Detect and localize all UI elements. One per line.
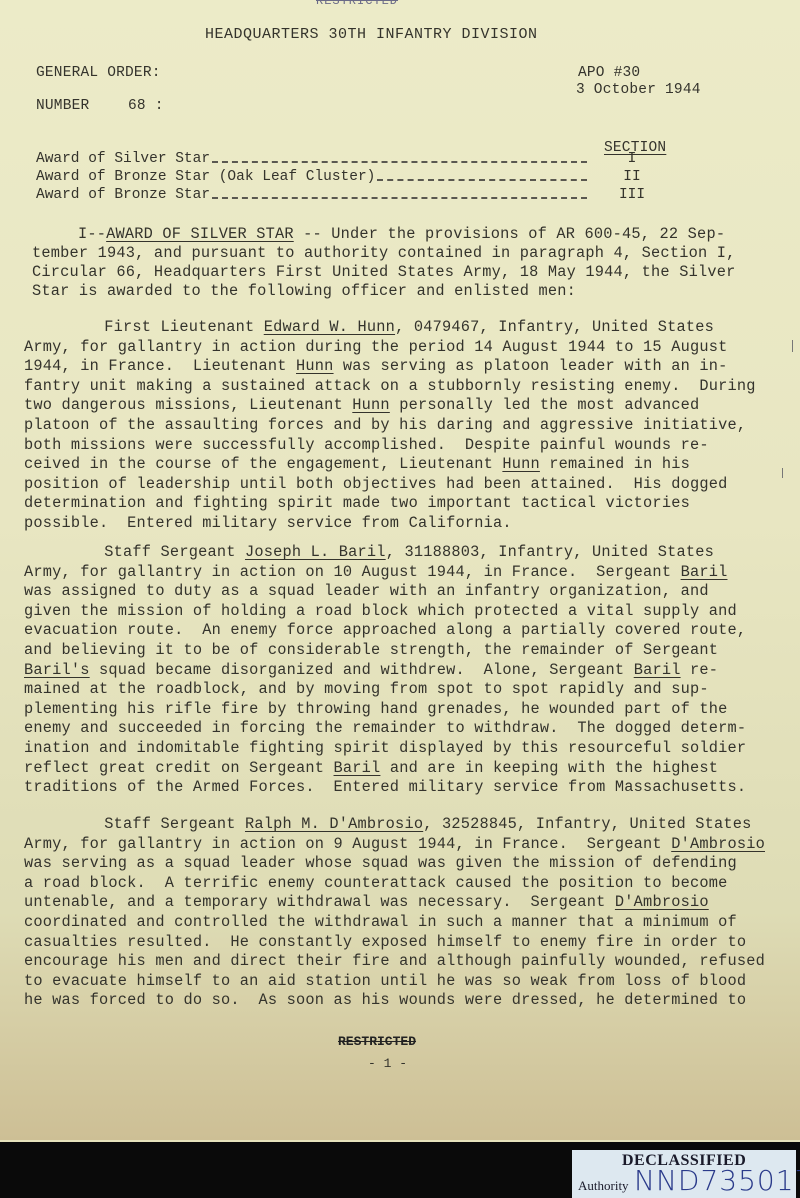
text-span: Star is awarded to the following officer… bbox=[32, 282, 576, 300]
text-span: and believing it to be of considerable s… bbox=[24, 641, 718, 659]
text-span: , 0479467, Infantry, United States bbox=[395, 318, 714, 336]
toc-leader-dashes bbox=[377, 179, 587, 181]
text-line: evacuation route. An enemy force approac… bbox=[24, 621, 746, 640]
number-label: NUMBER bbox=[36, 97, 89, 116]
text-span: Army, for gallantry in action on 10 Augu… bbox=[24, 563, 681, 581]
underlined-name: Joseph L. Baril bbox=[245, 543, 386, 561]
text-line: Army, for gallantry in action on 10 Augu… bbox=[24, 563, 727, 582]
toc-item: Award of Bronze Star (Oak Leaf Cluster) bbox=[36, 169, 375, 185]
text-line: a road block. A terrific enemy counterat… bbox=[24, 874, 727, 893]
text-line: position of leadership until both object… bbox=[24, 475, 727, 494]
text-line: untenable, and a temporary withdrawal wa… bbox=[24, 893, 709, 912]
text-line: Staff Sergeant Joseph L. Baril, 31188803… bbox=[48, 543, 714, 562]
text-line: Star is awarded to the following officer… bbox=[32, 282, 576, 301]
toc-item-section: II bbox=[612, 169, 652, 185]
text-span: remained in his bbox=[540, 455, 690, 473]
margin-mark bbox=[792, 340, 793, 352]
text-span: possible. Entered military service from … bbox=[24, 514, 512, 532]
text-line: casualties resulted. He constantly expos… bbox=[24, 933, 746, 952]
text-line: possible. Entered military service from … bbox=[24, 514, 512, 533]
text-line: he was forced to do so. As soon as his w… bbox=[24, 991, 746, 1010]
text-span: both missions were successfully accompli… bbox=[24, 436, 709, 454]
text-span: First Lieutenant bbox=[48, 318, 264, 336]
text-span: squad became disorganized and withdrew. … bbox=[90, 661, 634, 679]
text-span: ination and indomitable fighting spirit … bbox=[24, 739, 746, 757]
toc-item-section: I bbox=[612, 151, 652, 167]
text-span: Staff Sergeant bbox=[48, 815, 245, 833]
text-line: was assigned to duty as a squad leader w… bbox=[24, 582, 709, 601]
text-span: re- bbox=[681, 661, 719, 679]
underlined-name: Hunn bbox=[296, 357, 334, 375]
text-span: encourage his men and direct their fire … bbox=[24, 952, 765, 970]
text-span: mained at the roadblock, and by moving f… bbox=[24, 680, 709, 698]
text-span: Staff Sergeant bbox=[48, 543, 245, 561]
text-line: two dangerous missions, Lieutenant Hunn … bbox=[24, 396, 699, 415]
text-span: casualties resulted. He constantly expos… bbox=[24, 933, 746, 951]
text-line: platoon of the assaulting forces and by … bbox=[24, 416, 746, 435]
text-line: to evacuate himself to an aid station un… bbox=[24, 972, 746, 991]
text-span: given the mission of holding a road bloc… bbox=[24, 602, 737, 620]
restricted-stamp-footer: RESTRICTED bbox=[338, 1034, 416, 1049]
underlined-name: Edward W. Hunn bbox=[264, 318, 395, 336]
authority-code: NND735017 bbox=[634, 1164, 800, 1197]
authority-label: Authority bbox=[578, 1178, 629, 1194]
text-span: he was forced to do so. As soon as his w… bbox=[24, 991, 746, 1009]
text-line: tember 1943, and pursuant to authority c… bbox=[32, 244, 735, 263]
text-line: was serving as a squad leader whose squa… bbox=[24, 854, 737, 873]
text-line: 1944, in France. Lieutenant Hunn was ser… bbox=[24, 357, 728, 376]
text-span: 1944, in France. Lieutenant bbox=[24, 357, 296, 375]
text-span: untenable, and a temporary withdrawal wa… bbox=[24, 893, 615, 911]
text-span: reflect great credit on Sergeant bbox=[24, 759, 334, 777]
text-line: Army, for gallantry in action on 9 Augus… bbox=[24, 835, 765, 854]
text-span: Army, for gallantry in action during the… bbox=[24, 338, 727, 356]
text-span: platoon of the assaulting forces and by … bbox=[24, 416, 746, 434]
text-span: coordinated and controlled the withdrawa… bbox=[24, 913, 737, 931]
text-line: encourage his men and direct their fire … bbox=[24, 952, 765, 971]
underlined-name: Hunn bbox=[352, 396, 390, 414]
text-span: Circular 66, Headquarters First United S… bbox=[32, 263, 735, 281]
general-order-label: GENERAL ORDER: bbox=[36, 64, 161, 83]
text-span: and are in keeping with the highest bbox=[380, 759, 718, 777]
text-line: Baril's squad became disorganized and wi… bbox=[24, 661, 718, 680]
underlined-name: D'Ambrosio bbox=[615, 893, 709, 911]
toc-leader-dashes bbox=[212, 161, 587, 163]
text-line: coordinated and controlled the withdrawa… bbox=[24, 913, 737, 932]
page-number: - 1 - bbox=[368, 1056, 407, 1071]
declassified-label: DECLASSIFIED Authority NND735017 bbox=[572, 1150, 796, 1198]
underlined-name: Baril bbox=[681, 563, 728, 581]
text-span: to evacuate himself to an aid station un… bbox=[24, 972, 746, 990]
toc-item-section: III bbox=[612, 187, 652, 203]
underlined-name: D'Ambrosio bbox=[671, 835, 765, 853]
text-span: personally led the most advanced bbox=[390, 396, 700, 414]
number-value: 68 : bbox=[128, 97, 164, 116]
text-span: traditions of the Armed Forces. Entered … bbox=[24, 778, 746, 796]
document-page: RESTRICTED HEADQUARTERS 30TH INFANTRY DI… bbox=[0, 0, 800, 1140]
text-span: was serving as platoon leader with an in… bbox=[334, 357, 728, 375]
text-line: mained at the roadblock, and by moving f… bbox=[24, 680, 709, 699]
underlined-name: Hunn bbox=[502, 455, 540, 473]
text-line: given the mission of holding a road bloc… bbox=[24, 602, 737, 621]
text-span: , 31188803, Infantry, United States bbox=[386, 543, 714, 561]
text-span: -- Under the provisions of AR 600-45, 22… bbox=[294, 225, 725, 243]
underlined-name: Baril bbox=[634, 661, 681, 679]
text-span: plementing his rifle fire by throwing ha… bbox=[24, 700, 727, 718]
text-line: First Lieutenant Edward W. Hunn, 0479467… bbox=[48, 318, 714, 337]
margin-mark bbox=[782, 468, 783, 478]
text-span: two dangerous missions, Lieutenant bbox=[24, 396, 352, 414]
headquarters-heading: HEADQUARTERS 30TH INFANTRY DIVISION bbox=[205, 26, 538, 43]
text-span: ceived in the course of the engagement, … bbox=[24, 455, 502, 473]
toc-item-label: Award of Bronze Star bbox=[36, 187, 210, 203]
text-line: enemy and succeeded in forcing the remai… bbox=[24, 719, 746, 738]
text-span: position of leadership until both object… bbox=[24, 475, 727, 493]
toc-item: Award of Silver Star bbox=[36, 151, 210, 167]
text-line: reflect great credit on Sergeant Baril a… bbox=[24, 759, 718, 778]
text-line: Army, for gallantry in action during the… bbox=[24, 338, 727, 357]
text-span: determination and fighting spirit made t… bbox=[24, 494, 690, 512]
toc-item-label: Award of Silver Star bbox=[36, 151, 210, 167]
text-span: a road block. A terrific enemy counterat… bbox=[24, 874, 727, 892]
text-span: Army, for gallantry in action on 9 Augus… bbox=[24, 835, 671, 853]
text-line: Staff Sergeant Ralph M. D'Ambrosio, 3252… bbox=[48, 815, 752, 834]
text-line: ceived in the course of the engagement, … bbox=[24, 455, 690, 474]
text-span: was assigned to duty as a squad leader w… bbox=[24, 582, 709, 600]
text-span: tember 1943, and pursuant to authority c… bbox=[32, 244, 735, 262]
underlined-name: Ralph M. D'Ambrosio bbox=[245, 815, 423, 833]
underlined-name: Baril's bbox=[24, 661, 90, 679]
text-span: was serving as a squad leader whose squa… bbox=[24, 854, 737, 872]
text-span: , 32528845, Infantry, United States bbox=[423, 815, 751, 833]
text-line: plementing his rifle fire by throwing ha… bbox=[24, 700, 727, 719]
toc-item: Award of Bronze Star bbox=[36, 187, 210, 203]
text-span: fantry unit making a sustained attack on… bbox=[24, 377, 756, 395]
restricted-stamp-top: RESTRICTED bbox=[316, 0, 398, 8]
text-line: I--AWARD OF SILVER STAR -- Under the pro… bbox=[78, 225, 725, 244]
text-line: both missions were successfully accompli… bbox=[24, 436, 709, 455]
order-date: 3 October 1944 bbox=[576, 81, 701, 100]
text-span: I-- bbox=[78, 225, 106, 243]
text-line: Circular 66, Headquarters First United S… bbox=[32, 263, 735, 282]
text-line: ination and indomitable fighting spirit … bbox=[24, 739, 746, 758]
text-span: enemy and succeeded in forcing the remai… bbox=[24, 719, 746, 737]
text-line: fantry unit making a sustained attack on… bbox=[24, 377, 756, 396]
underlined-name: AWARD OF SILVER STAR bbox=[106, 225, 294, 243]
toc-item-label: Award of Bronze Star (Oak Leaf Cluster) bbox=[36, 169, 375, 185]
text-line: traditions of the Armed Forces. Entered … bbox=[24, 778, 746, 797]
text-line: and believing it to be of considerable s… bbox=[24, 641, 718, 660]
text-span: evacuation route. An enemy force approac… bbox=[24, 621, 746, 639]
text-line: determination and fighting spirit made t… bbox=[24, 494, 690, 513]
underlined-name: Baril bbox=[334, 759, 381, 777]
toc-leader-dashes bbox=[212, 197, 587, 199]
